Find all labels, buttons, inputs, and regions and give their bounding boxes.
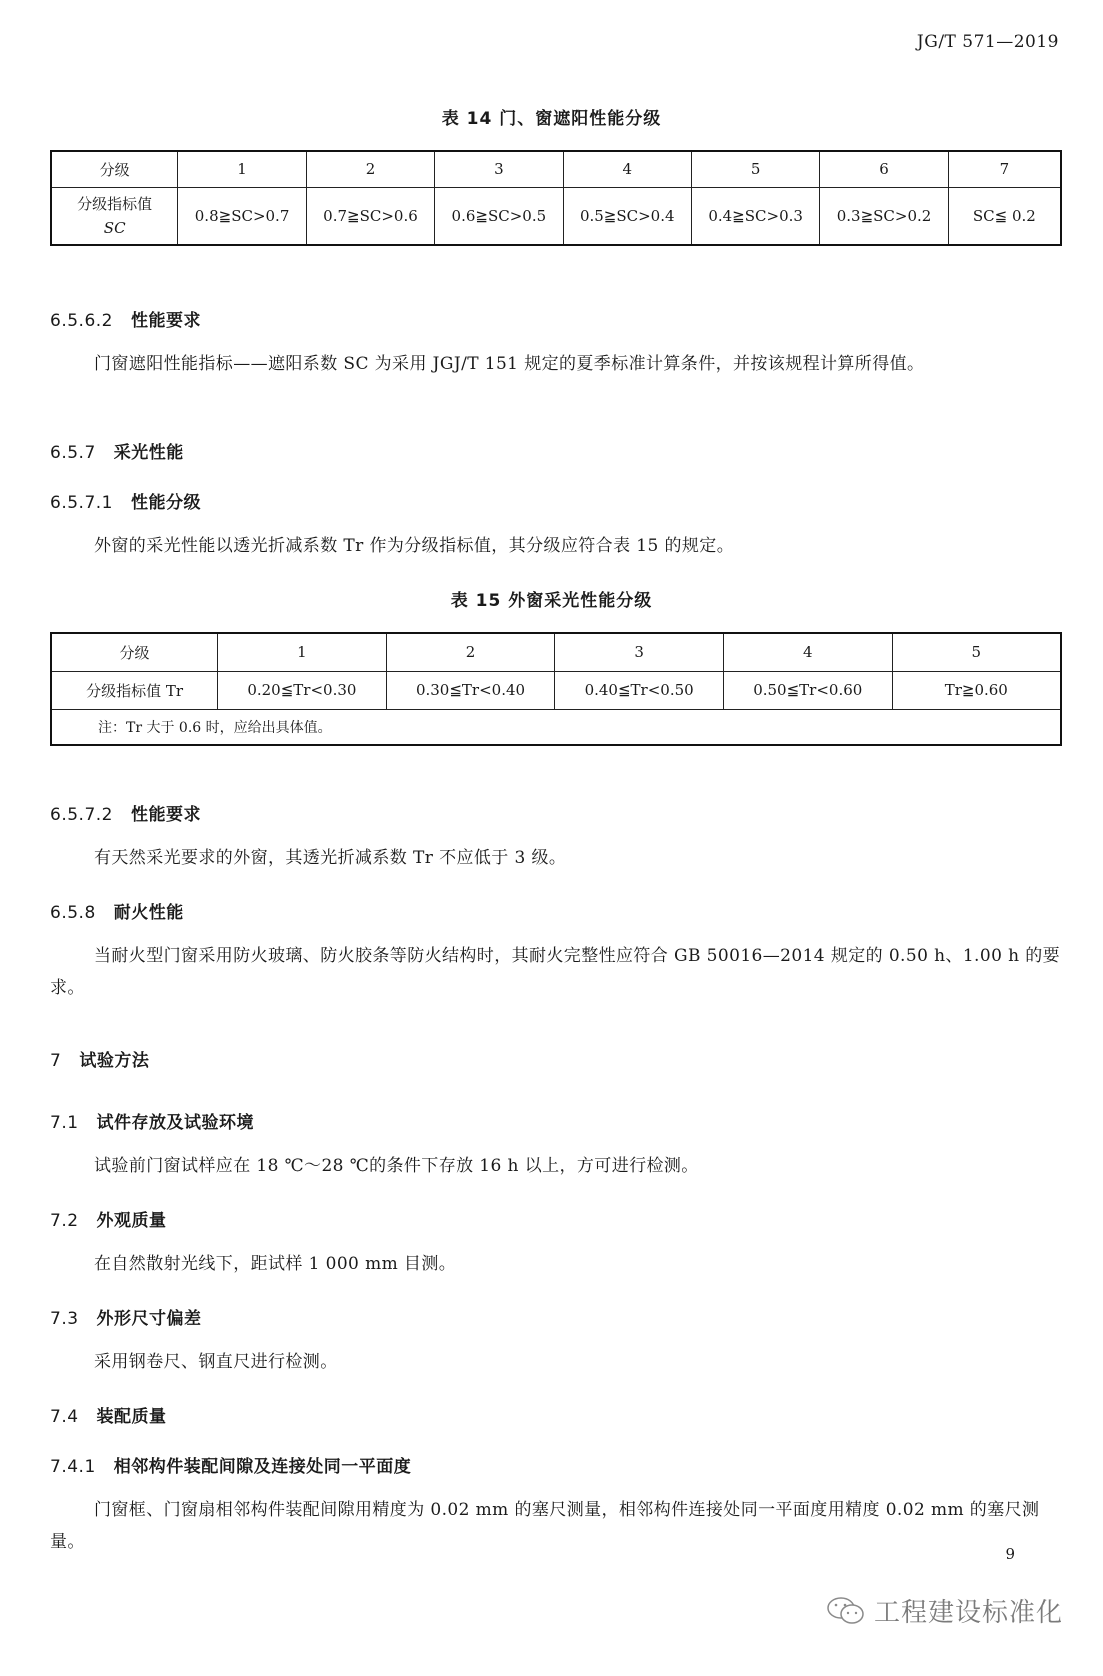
section-number: 6.5.7.2 (50, 805, 113, 825)
paragraph-6572: 有天然采光要求的外窗，其透光折减系数 Tr 不应低于 3 级。 (50, 842, 1066, 874)
table15-grade-row: 分级 1 2 3 4 5 (51, 633, 1061, 671)
section-heading-73: 7.3外形尺寸偏差 (50, 1304, 202, 1329)
page-number: 9 (1005, 1545, 1015, 1563)
section-number: 7 (50, 1051, 61, 1071)
section-title: 装配质量 (97, 1407, 167, 1427)
section-number: 6.5.6.2 (50, 311, 113, 331)
table-cell: Tr≧0.60 (892, 671, 1061, 709)
table-cell: 7 (948, 151, 1061, 187)
section-title: 试验方法 (79, 1051, 149, 1071)
table-cell: 6 (820, 151, 948, 187)
table-cell: 0.5≧SC>0.4 (563, 187, 691, 245)
section-number: 7.4.1 (50, 1457, 96, 1477)
table-cell: 3 (435, 151, 563, 187)
section-number: 7.3 (50, 1309, 79, 1329)
section-heading-6562: 6.5.6.2性能要求 (50, 306, 201, 331)
section-number: 6.5.7 (50, 443, 96, 463)
paragraph-741: 门窗框、门窗扇相邻构件装配间隙用精度为 0.02 mm 的塞尺测量，相邻构件连接… (50, 1494, 1066, 1558)
table-cell: 5 (892, 633, 1061, 671)
section-heading-74: 7.4装配质量 (50, 1402, 167, 1427)
section-title: 耐火性能 (114, 903, 184, 923)
section-title: 性能要求 (131, 805, 201, 825)
table-cell: 0.6≧SC>0.5 (435, 187, 563, 245)
row-label-symbol: SC (52, 216, 177, 240)
section-title: 试件存放及试验环境 (97, 1113, 255, 1133)
table-cell: 1 (218, 633, 387, 671)
table-cell: 1 (178, 151, 306, 187)
table-header-cell: 分级指标值 SC (51, 187, 178, 245)
table15-note-row: 注：Tr 大于 0.6 时，应给出具体值。 (51, 709, 1061, 745)
paragraph-73: 采用钢卷尺、钢直尺进行检测。 (50, 1346, 1066, 1378)
table-cell: 5 (691, 151, 819, 187)
table-cell: 0.4≧SC>0.3 (691, 187, 819, 245)
table-cell: 0.7≧SC>0.6 (306, 187, 434, 245)
table-header-cell: 分级指标值 Tr (51, 671, 218, 709)
table-cell: 4 (563, 151, 691, 187)
section-title: 外形尺寸偏差 (97, 1309, 202, 1329)
paragraph-72: 在自然散射光线下，距试样 1 000 mm 目测。 (50, 1248, 1066, 1280)
section-heading-741: 7.4.1相邻构件装配间隙及连接处同一平面度 (50, 1452, 411, 1477)
section-number: 6.5.8 (50, 903, 96, 923)
table-cell: 0.20≦Tr<0.30 (218, 671, 387, 709)
section-number: 7.4 (50, 1407, 79, 1427)
table-cell: 2 (306, 151, 434, 187)
table-cell: 0.40≦Tr<0.50 (555, 671, 724, 709)
watermark: 工程建设标准化 (826, 1592, 1063, 1629)
paragraph-6562: 门窗遮阳性能指标——遮阳系数 SC 为采用 JGJ/T 151 规定的夏季标准计… (50, 348, 1066, 380)
table-cell: 0.50≦Tr<0.60 (723, 671, 892, 709)
watermark-text: 工程建设标准化 (874, 1592, 1063, 1629)
table-header-cell: 分级 (51, 151, 178, 187)
table14: 分级 1 2 3 4 5 6 7 分级指标值 SC 0.8≧SC>0.7 0.7… (50, 150, 1062, 246)
row-label: 分级指标值 (52, 192, 177, 216)
section-heading-7: 7试验方法 (50, 1046, 149, 1071)
table15-caption: 表 15 外窗采光性能分级 (0, 586, 1103, 611)
table-cell: 4 (723, 633, 892, 671)
table14-value-row: 分级指标值 SC 0.8≧SC>0.7 0.7≧SC>0.6 0.6≧SC>0.… (51, 187, 1061, 245)
section-title: 采光性能 (114, 443, 184, 463)
table-note: 注：Tr 大于 0.6 时，应给出具体值。 (51, 709, 1061, 745)
document-page: JG/T 571—2019 表 14 门、窗遮阳性能分级 分级 1 2 3 4 … (0, 0, 1103, 1676)
table15: 分级 1 2 3 4 5 分级指标值 Tr 0.20≦Tr<0.30 0.30≦… (50, 632, 1062, 746)
section-title: 外观质量 (97, 1211, 167, 1231)
table-cell: 0.8≧SC>0.7 (178, 187, 306, 245)
standard-code: JG/T 571—2019 (917, 32, 1059, 52)
section-heading-6572: 6.5.7.2性能要求 (50, 800, 201, 825)
table14-caption: 表 14 门、窗遮阳性能分级 (0, 104, 1103, 129)
paragraph-6571: 外窗的采光性能以透光折减系数 Tr 作为分级指标值，其分级应符合表 15 的规定… (50, 530, 1066, 562)
table-cell: SC≦ 0.2 (948, 187, 1061, 245)
table15-value-row: 分级指标值 Tr 0.20≦Tr<0.30 0.30≦Tr<0.40 0.40≦… (51, 671, 1061, 709)
section-title: 性能要求 (131, 311, 201, 331)
table-header-cell: 分级 (51, 633, 218, 671)
section-heading-6571: 6.5.7.1性能分级 (50, 488, 201, 513)
section-heading-657: 6.5.7采光性能 (50, 438, 184, 463)
section-number: 7.1 (50, 1113, 79, 1133)
section-heading-71: 7.1试件存放及试验环境 (50, 1108, 254, 1133)
section-heading-72: 7.2外观质量 (50, 1206, 167, 1231)
table-cell: 3 (555, 633, 724, 671)
section-title: 性能分级 (131, 493, 201, 513)
table-cell: 0.30≦Tr<0.40 (386, 671, 555, 709)
wechat-icon (826, 1596, 866, 1626)
paragraph-658: 当耐火型门窗采用防火玻璃、防火胶条等防火结构时，其耐火完整性应符合 GB 500… (50, 940, 1066, 1004)
table-cell: 2 (386, 633, 555, 671)
section-number: 7.2 (50, 1211, 79, 1231)
table14-grade-row: 分级 1 2 3 4 5 6 7 (51, 151, 1061, 187)
paragraph-71: 试验前门窗试样应在 18 ℃～28 ℃的条件下存放 16 h 以上，方可进行检测… (50, 1150, 1066, 1182)
section-title: 相邻构件装配间隙及连接处同一平面度 (114, 1457, 412, 1477)
section-heading-658: 6.5.8耐火性能 (50, 898, 184, 923)
section-number: 6.5.7.1 (50, 493, 113, 513)
table-cell: 0.3≧SC>0.2 (820, 187, 948, 245)
